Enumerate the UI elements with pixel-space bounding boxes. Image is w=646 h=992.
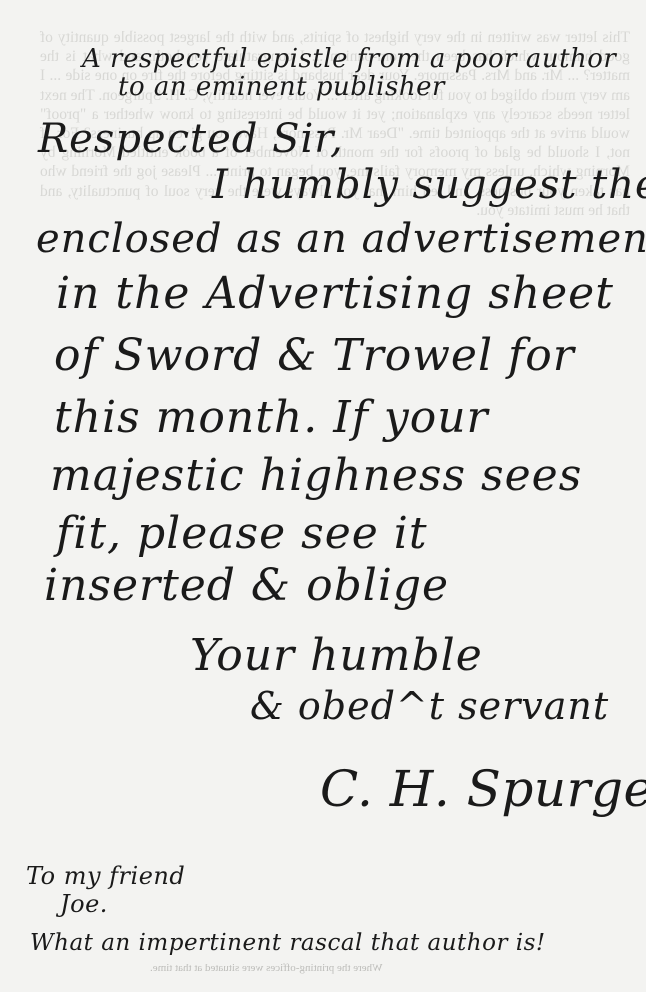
letter-page: This letter was written in the very high…	[0, 0, 646, 992]
body-line-8: inserted & oblige	[44, 560, 449, 611]
body-line-3: in the Advertising sheet	[56, 268, 614, 319]
closing-line-1: Your humble	[190, 630, 483, 681]
annotation-line-1: To my friend	[26, 862, 185, 890]
body-line-5: this month. If your	[54, 392, 489, 443]
closing-line-2: & obed^t servant	[250, 684, 609, 728]
annotation-line-2: Joe.	[60, 890, 108, 918]
show-through-footnote: Where the printing-offices were situated…	[150, 962, 383, 974]
signature: C. H. Spurgeon	[320, 760, 646, 818]
remark-line: What an impertinent rascal that author i…	[30, 930, 546, 956]
heading-line-1: A respectful epistle from a poor author	[82, 44, 616, 74]
body-line-1: I humbly suggest the	[212, 162, 646, 208]
body-line-7: fit, please see it	[56, 508, 428, 559]
body-line-2: enclosed as an advertisement	[36, 216, 646, 262]
heading-line-2: to an eminent publisher	[118, 72, 445, 102]
body-line-6: majestic highness sees	[50, 450, 582, 501]
body-line-4: of Sword & Trowel for	[54, 330, 575, 381]
salutation: Respected Sir,	[38, 116, 344, 162]
